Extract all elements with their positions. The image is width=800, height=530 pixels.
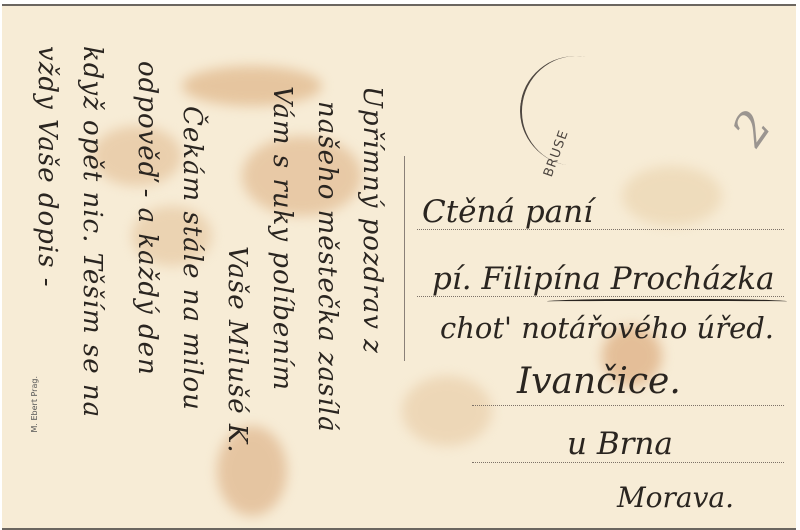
- printer-mark: M. Ebert Prag.: [30, 376, 39, 433]
- message-line: Vaše Milušé K.: [222, 246, 252, 454]
- address-line-2: pí. Filipína Procházka: [432, 261, 775, 297]
- address-line-1: Ctěná paní: [422, 194, 593, 230]
- address-line-4: Ivančice.: [517, 361, 681, 402]
- message-line: Upřímný pozdrav z: [357, 86, 387, 354]
- divider-line: [404, 156, 405, 361]
- message-line: našeho městečka zasílá: [312, 101, 342, 433]
- stain: [182, 66, 322, 106]
- stain: [622, 166, 722, 226]
- address-rule: [472, 405, 784, 406]
- message-line: když opět nic. Těším se na: [77, 46, 107, 418]
- address-rule: [417, 296, 784, 297]
- address-line-3: chot' notářového úřed.: [440, 311, 774, 345]
- message-line: odpověď - a každý den: [132, 61, 162, 376]
- stain: [402, 376, 492, 446]
- message-line: vždy Vaše dopis -: [32, 46, 62, 288]
- address-line-6: Morava.: [617, 481, 734, 514]
- address-rule: [472, 462, 784, 463]
- pencil-mark: 2: [721, 101, 782, 156]
- message-line: Vám s ruky políbením: [267, 86, 297, 391]
- message-line: Čekám stále na milou: [177, 106, 207, 411]
- name-underline: [547, 299, 787, 305]
- postmark: [511, 47, 640, 175]
- address-rule: [417, 229, 784, 230]
- address-line-5: u Brna: [567, 426, 673, 462]
- stain: [242, 136, 362, 216]
- postcard: BRUSE 2 Upřímný pozdrav z našeho městečk…: [2, 4, 796, 530]
